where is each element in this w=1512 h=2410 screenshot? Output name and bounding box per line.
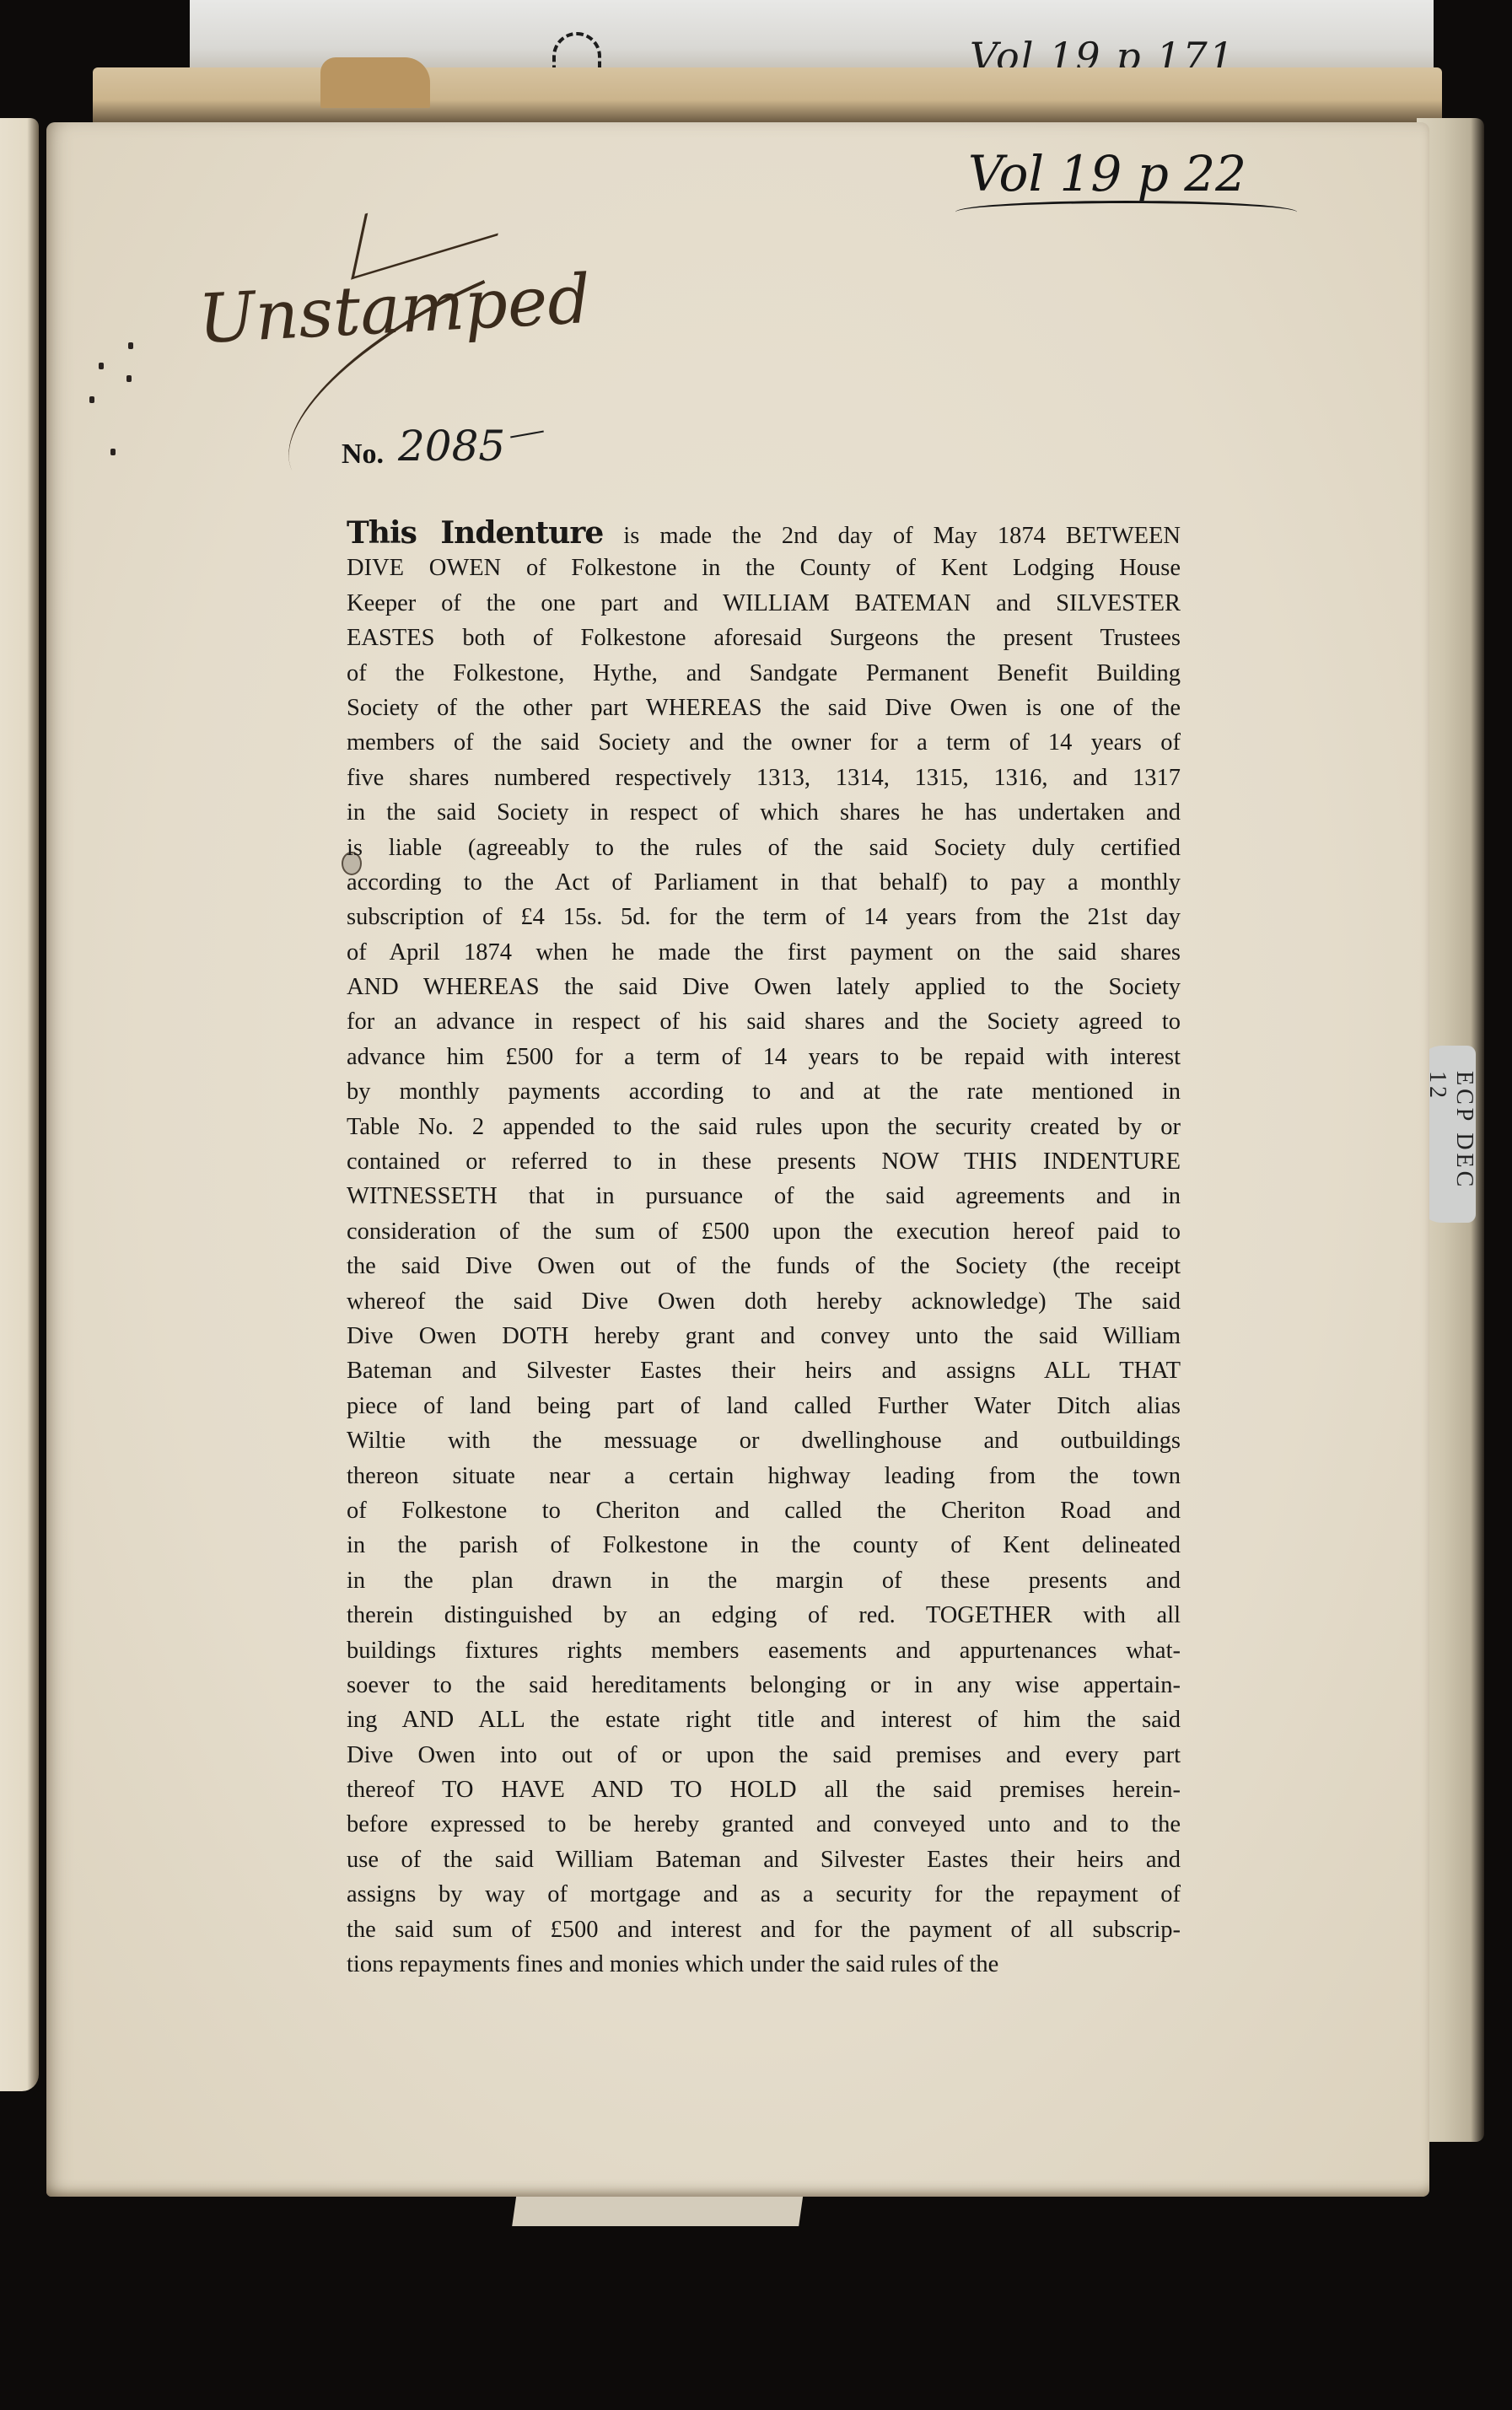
stamp-mark-icon <box>552 32 601 69</box>
volume-reference: Vol 19 p 22 <box>968 145 1246 202</box>
wrapper-sheet <box>93 67 1442 126</box>
pin-hole-icon <box>126 375 132 382</box>
body-line: in the said Society in respect of which … <box>347 795 1181 830</box>
body-line: Wiltie with the messuage or dwellinghous… <box>347 1423 1181 1458</box>
body-line: in the parish of Folkestone in the count… <box>347 1528 1181 1563</box>
body-line: thereof TO HAVE AND TO HOLD all the said… <box>347 1773 1181 1807</box>
body-line: advance him £500 for a term of 14 years … <box>347 1040 1181 1074</box>
body-line: of April 1874 when he made the first pay… <box>347 935 1181 970</box>
wrapper-flap <box>320 57 430 108</box>
body-line: is liable (agreeably to the rules of the… <box>347 831 1181 865</box>
body-line: of the Folkestone, Hythe, and Sandgate P… <box>347 656 1181 691</box>
body-line: piece of land being part of land called … <box>347 1389 1181 1423</box>
body-line: buildings fixtures rights members easeme… <box>347 1633 1181 1668</box>
pin-hole-icon <box>89 396 94 403</box>
pin-hole-icon <box>110 449 116 455</box>
body-line: consideration of the sum of £500 upon th… <box>347 1214 1181 1249</box>
indenture-heading: This Indenture <box>347 515 603 551</box>
body-line: before expressed to be hereby granted an… <box>347 1807 1181 1842</box>
body-line: This Indenture is made the 2nd day of Ma… <box>347 516 1181 551</box>
body-line: Keeper of the one part and WILLIAM BATEM… <box>347 586 1181 621</box>
body-line: EASTES both of Folkestone aforesaid Surg… <box>347 621 1181 655</box>
body-line: contained or referred to in these presen… <box>347 1144 1181 1179</box>
bottom-slip <box>512 2192 804 2226</box>
body-line: AND WHEREAS the said Dive Owen lately ap… <box>347 970 1181 1004</box>
body-line: Bateman and Silvester Eastes their heirs… <box>347 1353 1181 1388</box>
body-line: therein distinguished by an edging of re… <box>347 1598 1181 1633</box>
body-line: members of the said Society and the owne… <box>347 725 1181 760</box>
pin-hole-icon <box>99 363 104 369</box>
body-line: soever to the said hereditaments belongi… <box>347 1668 1181 1703</box>
volume-underline <box>955 201 1297 223</box>
body-line: for an advance in respect of his said sh… <box>347 1004 1181 1039</box>
body-line: Society of the other part WHEREAS the sa… <box>347 691 1181 725</box>
body-line: Table No. 2 appended to the said rules u… <box>347 1110 1181 1144</box>
body-line: the said sum of £500 and interest and fo… <box>347 1912 1181 1947</box>
body-line: thereon situate near a certain highway l… <box>347 1459 1181 1493</box>
body-line: five shares numbered respectively 1313, … <box>347 761 1181 795</box>
body-line: WITNESSETH that in pursuance of the said… <box>347 1179 1181 1213</box>
deed-number-value: 2085 <box>398 422 505 471</box>
body-line: the said Dive Owen out of the funds of t… <box>347 1249 1181 1283</box>
left-facing-page-edge <box>0 118 39 2091</box>
body-line: according to the Act of Parliament in th… <box>347 865 1181 900</box>
body-line: assigns by way of mortgage and as a secu… <box>347 1877 1181 1912</box>
body-line: ing AND ALL the estate right title and i… <box>347 1703 1181 1737</box>
body-line: use of the said William Bateman and Silv… <box>347 1842 1181 1877</box>
body-line: of Folkestone to Cheriton and called the… <box>347 1493 1181 1528</box>
body-line: by monthly payments according to and at … <box>347 1074 1181 1109</box>
body-line: tions repayments fines and monies which … <box>347 1947 1181 1982</box>
body-line: Dive Owen into out of or upon the said p… <box>347 1738 1181 1773</box>
body-line: Dive Owen DOTH hereby grant and convey u… <box>347 1319 1181 1353</box>
edge-stamp-text: ECP DEC 12 <box>1423 1071 1477 1223</box>
pin-hole-icon <box>128 342 133 349</box>
body-line: subscription of £4 15s. 5d. for the term… <box>347 900 1181 934</box>
body-line: in the plan drawn in the margin of these… <box>347 1563 1181 1598</box>
deed-number-label: No. <box>342 438 384 471</box>
body-line: whereof the said Dive Owen doth hereby a… <box>347 1284 1181 1319</box>
body-line: DIVE OWEN of Folkestone in the County of… <box>347 551 1181 585</box>
indenture-body: This Indenture is made the 2nd day of Ma… <box>347 516 1181 1982</box>
